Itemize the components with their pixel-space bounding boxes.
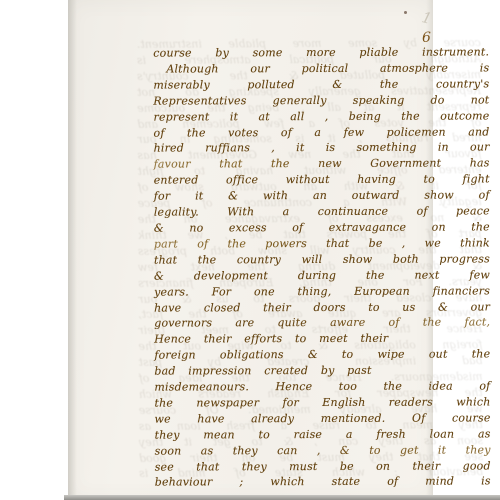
- manuscript-line: behaviour ; which state of mind is: [155, 474, 491, 491]
- page-number: 16: [422, 8, 435, 46]
- manuscript-line: bad impression created by past: [154, 363, 490, 380]
- manuscript-line: the newspaper for English readers which: [154, 394, 490, 411]
- manuscript-line: see that they must be on their good: [155, 458, 491, 475]
- manuscript-line: governors are quite aware of the fact,: [154, 315, 490, 332]
- manuscript-line: & development during the next few: [154, 267, 490, 284]
- manuscript-line: entered office without having to fight: [154, 172, 490, 189]
- page-number-faint-mark: 1: [420, 8, 434, 28]
- manuscript-line: foreign obligations & to wipe out the: [154, 347, 490, 364]
- page-bottom-edge: [64, 495, 500, 500]
- manuscript-line: Hence their efforts to meet their: [154, 331, 490, 348]
- manuscript-line: legality. With a continuance of peace: [154, 203, 490, 220]
- manuscript-line: hired ruffians , it is something in our: [154, 140, 490, 157]
- manuscript-line: we have already mentioned. Of course: [155, 410, 491, 427]
- ink-speck: [404, 11, 407, 14]
- page-number-value: 6: [422, 30, 431, 46]
- manuscript-line: Although our political atmosphere is: [153, 60, 489, 77]
- manuscript-line: of the votes of a few policemen and: [154, 124, 490, 141]
- manuscript-line: Representatives generally speaking do no…: [153, 92, 489, 109]
- manuscript-line: for it & with an outward show of: [154, 188, 490, 205]
- manuscript-line: & no excess of extravagance on the: [154, 219, 490, 236]
- manuscript-line: misdemeanours. Hence too the idea of: [154, 378, 490, 395]
- manuscript-line: course by some more pliable instrument.: [153, 44, 489, 61]
- manuscript-photo: course by some more pliable instrument.A…: [0, 0, 500, 500]
- manuscript-line: represent it at all , being the outcome: [153, 108, 489, 125]
- manuscript-line: favour that the new Government has: [154, 156, 490, 173]
- manuscript-line: soon as they can , & to get it they: [155, 442, 491, 459]
- manuscript-line: they mean to raise a fresh loan as: [155, 426, 491, 443]
- handwritten-text-block: course by some more pliable instrument. …: [153, 44, 491, 491]
- manuscript-page: course by some more pliable instrument.A…: [68, 0, 433, 500]
- manuscript-line: have closed their doors to us & our: [154, 299, 490, 316]
- manuscript-line: years. For one thing, European financier…: [154, 283, 490, 300]
- manuscript-line: part of the powers that be , we think: [154, 235, 490, 252]
- manuscript-line: miserably polluted & the country's: [153, 76, 489, 93]
- manuscript-line: that the country will show both progress: [154, 251, 490, 268]
